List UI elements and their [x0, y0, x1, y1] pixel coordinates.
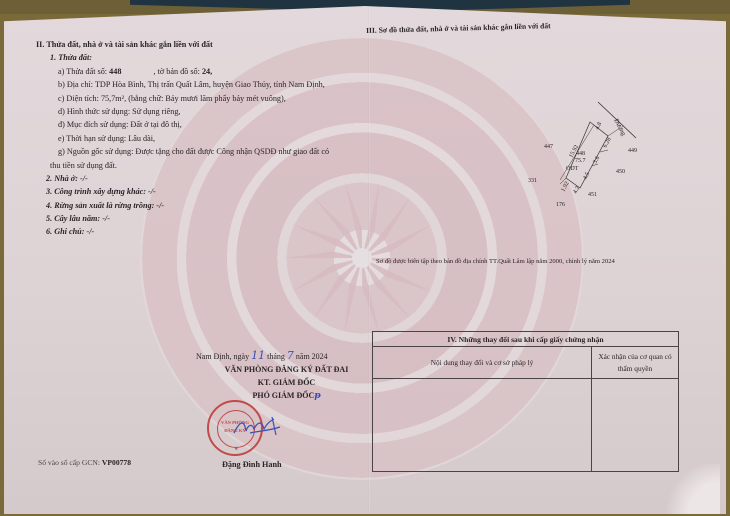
- svg-text:447: 447: [544, 144, 553, 150]
- item-value: -/-: [80, 174, 88, 183]
- item-value: -/-: [156, 201, 164, 210]
- use-origin-2: thu tiền sử dụng đất.: [36, 159, 329, 172]
- signature-block: Nam Định, ngày 11 tháng 7 năm 2024 VĂN P…: [204, 349, 369, 403]
- item-value: -/-: [102, 214, 110, 223]
- parcel-number: 448: [109, 67, 121, 76]
- sketch-note: Sơ đồ được biên tập theo bản đồ địa chín…: [376, 255, 615, 268]
- svg-text:450: 450: [616, 169, 625, 175]
- svg-text:75.7: 75.7: [575, 158, 586, 164]
- svg-text:448: 448: [576, 151, 585, 157]
- item-notes: 6. Ghi chú: -/-: [36, 225, 329, 238]
- section-land-info: II. Thửa đất, nhà ở và tài sản khác gắn …: [36, 38, 329, 239]
- svg-text:4.2: 4.2: [572, 186, 581, 195]
- issue-date: Nam Định, ngày 11 tháng 7 năm 2024: [196, 349, 369, 363]
- changes-title: IV. Những thay đổi sau khi cấp giấy chứn…: [373, 332, 679, 347]
- kt-title: KT. GIÁM ĐỐC: [204, 376, 369, 389]
- land-heading: 1. Thửa đất:: [36, 51, 329, 64]
- svg-text:4.5: 4.5: [582, 172, 591, 181]
- svg-text:451: 451: [588, 192, 597, 198]
- date-prefix: Nam Định, ngày: [196, 352, 249, 361]
- svg-text:3.6: 3.6: [592, 156, 601, 165]
- office-name: VĂN PHÒNG ĐĂNG KÝ ĐẤT ĐAI: [204, 363, 369, 376]
- svg-text:331: 331: [528, 178, 537, 184]
- parcel-sketch: Đường 15.92 4.8 6.28 3.6 4.5 1.92 4.2 44…: [520, 100, 680, 210]
- registry-value: VP00778: [102, 458, 131, 467]
- section2-title: II. Thửa đất, nhà ở và tài sản khác gắn …: [36, 38, 329, 51]
- item-label: 5. Cây lâu năm:: [46, 214, 100, 223]
- registry-number: Số vào sổ cấp GCN: VP00778: [38, 458, 131, 467]
- changes-col-confirm: Xác nhận của cơ quan có thẩm quyền: [592, 347, 679, 379]
- parcel-line: a) Thửa đất số: 448 , tờ bản đồ số: 24,: [36, 65, 329, 78]
- item-value: -/-: [87, 227, 95, 236]
- item-perennial: 5. Cây lâu năm: -/-: [36, 212, 329, 225]
- svg-text:449: 449: [628, 148, 637, 154]
- item-house: 2. Nhà ở: -/-: [36, 172, 329, 185]
- svg-text:176: 176: [556, 202, 565, 208]
- map-label: , tờ bản đồ số:: [154, 67, 200, 76]
- use-term: e) Thời hạn sử dụng: Lâu dài,: [36, 132, 329, 145]
- handwritten-signature: [232, 415, 282, 439]
- svg-text:1.92: 1.92: [560, 181, 570, 193]
- item-construction: 3. Công trình xây dựng khác: -/-: [36, 185, 329, 198]
- changes-table: IV. Những thay đổi sau khi cấp giấy chứn…: [372, 331, 679, 472]
- changes-confirm-cell: [592, 379, 679, 472]
- registry-label: Số vào sổ cấp GCN:: [38, 458, 100, 467]
- stamp-star-icon: ★: [234, 446, 238, 452]
- changes-content-cell: [373, 379, 592, 472]
- address: b) Địa chỉ: TDP Hòa Bình, Thị trấn Quất …: [36, 78, 329, 91]
- map-number: 24,: [202, 67, 212, 76]
- month-label: tháng: [267, 352, 285, 361]
- date-year: năm 2024: [296, 352, 328, 361]
- item-label: 2. Nhà ở:: [46, 174, 78, 183]
- item-value: -/-: [148, 187, 156, 196]
- date-day: 11: [251, 349, 265, 362]
- use-origin-1: g) Nguồn gốc sử dụng: Được tặng cho đất …: [36, 145, 329, 158]
- item-forest: 4. Rừng sản xuất là rừng trồng: -/-: [36, 199, 329, 212]
- use-purpose: đ) Mục đích sử dụng: Đất ở tại đô thị,: [36, 118, 329, 131]
- svg-text:ODT: ODT: [566, 166, 579, 172]
- svg-text:6.28: 6.28: [602, 137, 612, 149]
- item-label: 6. Ghi chú:: [46, 227, 84, 236]
- use-form: d) Hình thức sử dụng: Sử dụng riêng,: [36, 105, 329, 118]
- area: c) Diện tích: 75,7m², (bằng chữ: Bảy mươ…: [36, 92, 329, 105]
- initial-mark: ᵽ: [314, 391, 320, 401]
- date-month: 7: [287, 349, 294, 362]
- signer-name: Đặng Đình Hanh: [222, 460, 282, 469]
- item-label: 3. Công trình xây dựng khác:: [46, 187, 146, 196]
- item-label: 4. Rừng sản xuất là rừng trồng:: [46, 201, 154, 210]
- changes-col-content: Nội dung thay đổi và cơ sở pháp lý: [373, 347, 592, 379]
- parcel-label: a) Thửa đất số:: [58, 67, 107, 76]
- role-text: PHÓ GIÁM ĐỐC: [252, 391, 314, 400]
- svg-text:4.8: 4.8: [594, 122, 603, 131]
- page-fold: [368, 6, 370, 516]
